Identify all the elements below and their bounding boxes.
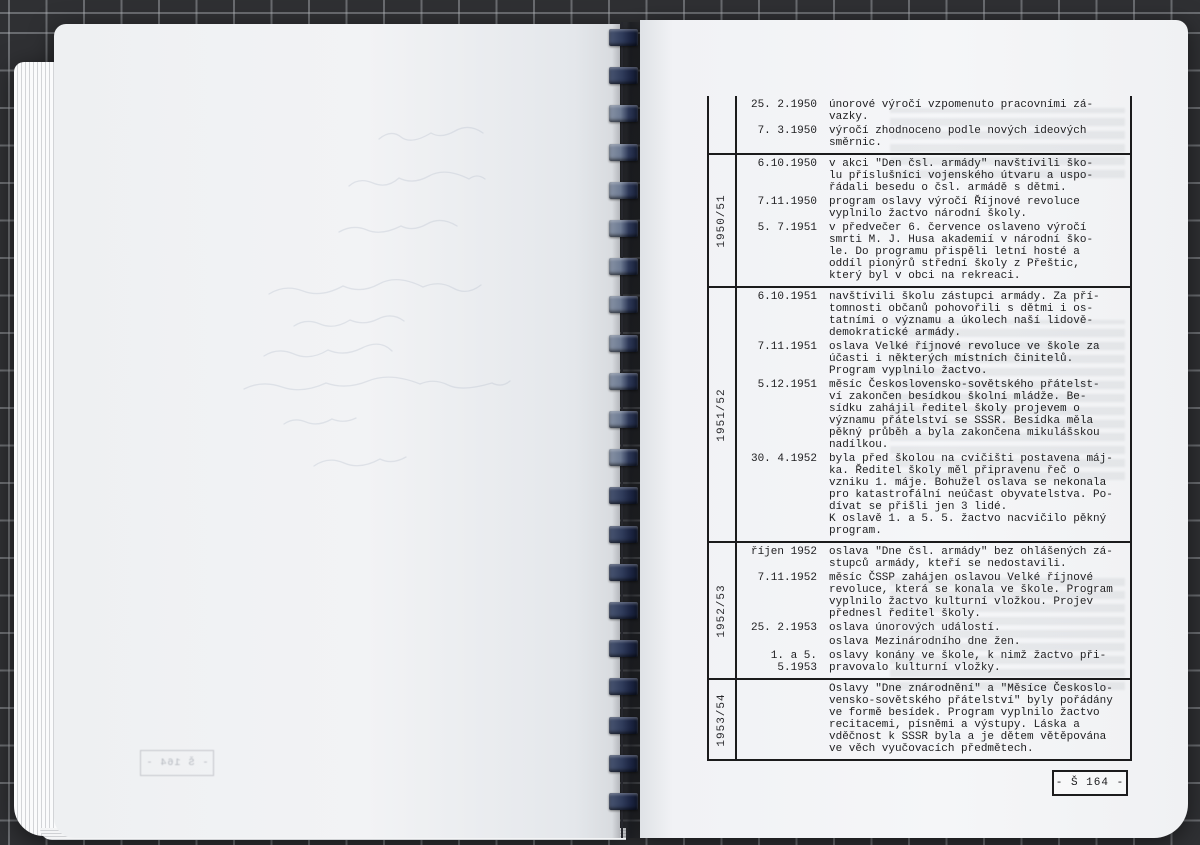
table-row: 1. a 5. 5.1953oslavy konány ve škole, k …: [737, 650, 1128, 674]
entry-date: 1. a 5. 5.1953: [737, 650, 817, 674]
section-rows: Oslavy "Dne znárodnění" a "Měsíce Českos…: [737, 680, 1130, 759]
entry-date: 30. 4.1952: [737, 453, 817, 537]
chronicle-table: 25. 2.1950únorové výročí vzpomenuto prac…: [707, 96, 1132, 761]
table-section: 1950/516.10.1950v akci "Den čsl. armády"…: [709, 153, 1130, 286]
table-row: 25. 2.1953oslava únorových událostí.: [737, 622, 1128, 634]
table-section: 25. 2.1950únorové výročí vzpomenuto prac…: [709, 96, 1130, 153]
entry-text: Oslavy "Dne znárodnění" a "Měsíce Českos…: [829, 683, 1128, 755]
binding-ring: [609, 144, 638, 161]
school-year-cell: 1951/52: [709, 288, 737, 541]
binding-ring: [609, 526, 638, 543]
entry-date: 5. 7.1951: [737, 222, 817, 282]
table-section: 1953/54Oslavy "Dne znárodnění" a "Měsíce…: [709, 678, 1130, 759]
section-rows: 6.10.1950v akci "Den čsl. armády" navští…: [737, 155, 1130, 286]
binding-ring: [609, 105, 638, 122]
table-row: 30. 4.1952byla před školou na cvičišti p…: [737, 453, 1128, 537]
entry-text: oslava únorových událostí.: [829, 622, 1128, 634]
table-row: 6.10.1951navštívili školu zástupci armád…: [737, 291, 1128, 339]
entry-text: navštívili školu zástupci armády. Za pří…: [829, 291, 1128, 339]
entry-text: oslava Mezinárodního dne žen.: [829, 636, 1128, 648]
school-year-label: 1953/54: [716, 693, 728, 746]
binding-ring: [609, 678, 638, 695]
entry-date: 6.10.1951: [737, 291, 817, 339]
entry-text: oslava "Dne čsl. armády" bez ohlášených …: [829, 546, 1128, 570]
entry-date: říjen 1952: [737, 546, 817, 570]
entry-text: měsíc Československo-sovětského přátelst…: [829, 379, 1128, 451]
table-row: 6.10.1950v akci "Den čsl. armády" navští…: [737, 158, 1128, 194]
table-row: 25. 2.1950únorové výročí vzpomenuto prac…: [737, 99, 1128, 123]
entry-date: 7. 3.1950: [737, 125, 817, 149]
table-row: oslava Mezinárodního dne žen.: [737, 636, 1128, 648]
binding-ring: [609, 793, 638, 810]
section-rows: 25. 2.1950únorové výročí vzpomenuto prac…: [737, 96, 1130, 153]
school-year-label: 1952/53: [716, 584, 728, 637]
binding-ring: [609, 67, 638, 84]
table-row: říjen 1952oslava "Dne čsl. armády" bez o…: [737, 546, 1128, 570]
page-stack-edge-left: [14, 62, 58, 836]
school-year-cell: 1950/51: [709, 155, 737, 286]
entry-text: oslavy konány ve škole, k nimž žactvo př…: [829, 650, 1128, 674]
binding-ring: [609, 602, 638, 619]
binding-ring: [609, 373, 638, 390]
entry-date: 6.10.1950: [737, 158, 817, 194]
entry-date: 5.12.1951: [737, 379, 817, 451]
bleed-through-handwriting: [174, 94, 594, 514]
binding-ring: [609, 296, 638, 313]
entry-date: [737, 683, 817, 755]
binding-ring: [609, 411, 638, 428]
page-number-stamp: - Š 164 -: [1052, 770, 1128, 796]
entry-text: v předvečer 6. července oslaveno výročí …: [829, 222, 1128, 282]
bleed-through-stamp: - Š 164 -: [140, 750, 214, 776]
binding-ring: [609, 564, 638, 581]
table-row: 7. 3.1950výročí zhodnoceno podle nových …: [737, 125, 1128, 149]
entry-date: 7.11.1950: [737, 196, 817, 220]
entry-date: 7.11.1951: [737, 341, 817, 377]
entry-date: 25. 2.1953: [737, 622, 817, 634]
table-section: 1951/526.10.1951navštívili školu zástupc…: [709, 286, 1130, 541]
right-page: 25. 2.1950únorové výročí vzpomenuto prac…: [640, 20, 1188, 838]
entry-text: program oslavy výročí Říjnové revoluce v…: [829, 196, 1128, 220]
entry-date: 7.11.1952: [737, 572, 817, 620]
binding-ring: [609, 182, 638, 199]
entry-text: oslava Velké říjnové revoluce ve škole z…: [829, 341, 1128, 377]
school-year-cell: [709, 96, 737, 153]
table-row: Oslavy "Dne znárodnění" a "Měsíce Českos…: [737, 683, 1128, 755]
entry-text: měsíc ČSSP zahájen oslavou Velké říjnové…: [829, 572, 1128, 620]
entry-date: [737, 636, 817, 648]
binding-ring: [609, 487, 638, 504]
table-row: 7.11.1950program oslavy výročí Říjnové r…: [737, 196, 1128, 220]
binding-ring: [609, 755, 638, 772]
school-year-label: 1950/51: [716, 194, 728, 247]
table-row: 5. 7.1951v předvečer 6. července oslaven…: [737, 222, 1128, 282]
open-book: - Š 164 - 25. 2.1950únorové výročí vzpom…: [14, 20, 1188, 840]
binding-ring: [609, 220, 638, 237]
binding-ring: [609, 258, 638, 275]
entry-text: výročí zhodnoceno podle nových ideových …: [829, 125, 1128, 149]
binding-ring: [609, 640, 638, 657]
entry-text: v akci "Den čsl. armády" navštívili ško-…: [829, 158, 1128, 194]
table-row: 7.11.1952měsíc ČSSP zahájen oslavou Velk…: [737, 572, 1128, 620]
binding-ring: [609, 29, 638, 46]
school-year-cell: 1952/53: [709, 543, 737, 678]
binding-ring: [609, 335, 638, 352]
school-year-cell: 1953/54: [709, 680, 737, 759]
binding-ring: [609, 717, 638, 734]
table-row: 7.11.1951oslava Velké říjnové revoluce v…: [737, 341, 1128, 377]
table-section: 1952/53říjen 1952oslava "Dne čsl. armády…: [709, 541, 1130, 678]
section-rows: 6.10.1951navštívili školu zástupci armád…: [737, 288, 1130, 541]
binding-ring: [609, 449, 638, 466]
left-page: - Š 164 -: [54, 24, 620, 838]
cutting-mat: - Š 164 - 25. 2.1950únorové výročí vzpom…: [0, 0, 1200, 845]
entry-date: 25. 2.1950: [737, 99, 817, 123]
entry-text: únorové výročí vzpomenuto pracovními zá-…: [829, 99, 1128, 123]
section-rows: říjen 1952oslava "Dne čsl. armády" bez o…: [737, 543, 1130, 678]
entry-text: byla před školou na cvičišti postavena m…: [829, 453, 1128, 537]
table-row: 5.12.1951měsíc Československo-sovětského…: [737, 379, 1128, 451]
school-year-label: 1951/52: [716, 388, 728, 441]
